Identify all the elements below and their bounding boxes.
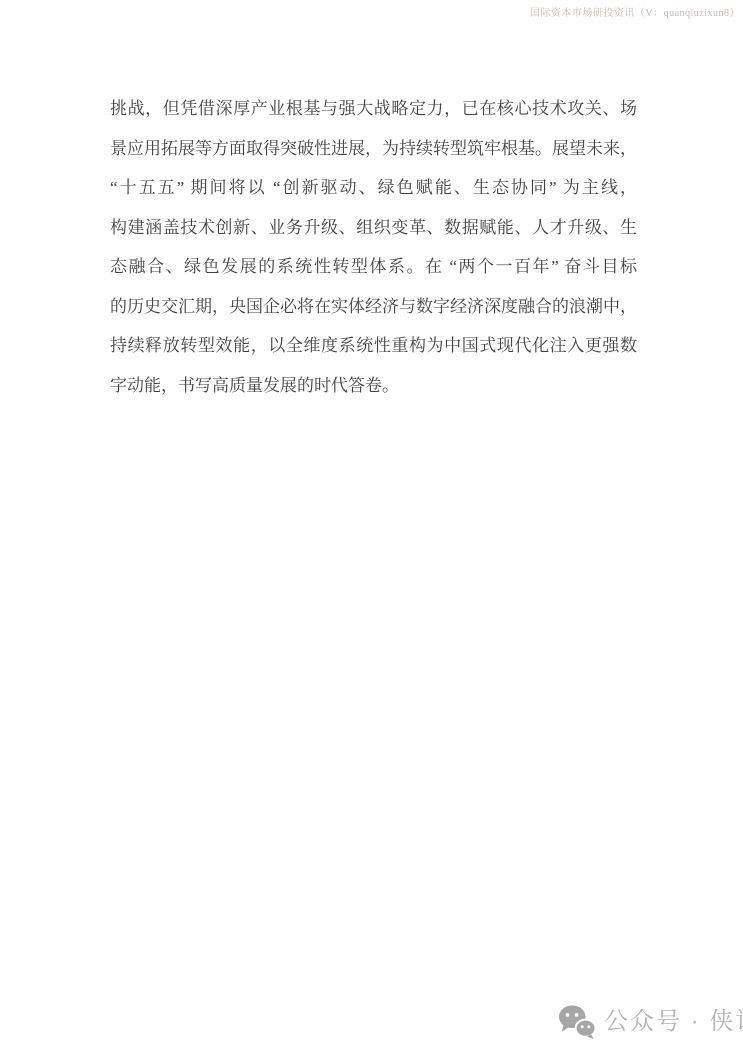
paragraph-line: 的历史交汇期，央国企必将在实体经济与数字经济深度融合的浪潮中， bbox=[110, 287, 637, 327]
paragraph-line: “十五五” 期间将以 “创新驱动、绿色赋能、生态协同” 为主线， bbox=[110, 168, 637, 208]
paragraph-line: 挑战，但凭借深厚产业根基与强大战略定力，已在核心技术攻关、场 bbox=[110, 89, 637, 129]
paragraph-line: 构建涵盖技术创新、业务升级、组织变革、数据赋能、人才升级、生 bbox=[110, 208, 637, 248]
paragraph-line: 景应用拓展等方面取得突破性进展，为持续转型筑牢根基。展望未来， bbox=[110, 129, 637, 169]
wechat-icon bbox=[558, 1004, 596, 1040]
footer-brand: 公众号 · 侠说 bbox=[558, 1004, 743, 1040]
footer-brand-text: 公众号 · 侠说 bbox=[604, 1004, 743, 1040]
document-page: 国际资本市场研投资讯（V：quanqiuzixun8） 挑战，但凭借深厚产业根基… bbox=[0, 0, 743, 1052]
watermark-text: 国际资本市场研投资讯（V：quanqiuzixun8） bbox=[530, 7, 740, 21]
article-paragraph: 挑战，但凭借深厚产业根基与强大战略定力，已在核心技术攻关、场 景应用拓展等方面取… bbox=[110, 89, 637, 405]
paragraph-line: 持续释放转型效能，以全维度系统性重构为中国式现代化注入更强数 bbox=[110, 326, 637, 366]
paragraph-line: 态融合、绿色发展的系统性转型体系。在 “两个一百年” 奋斗目标 bbox=[110, 247, 637, 287]
paragraph-line: 字动能，书写高质量发展的时代答卷。 bbox=[110, 366, 637, 406]
